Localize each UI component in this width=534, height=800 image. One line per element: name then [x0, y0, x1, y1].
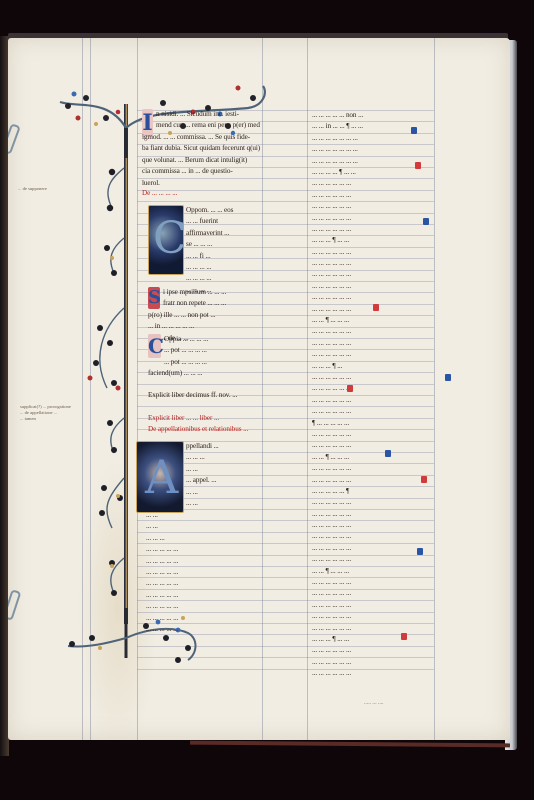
- text-line: ... ... ... ... ... ...: [312, 190, 434, 201]
- text-line: ... ... ... ... ...: [146, 624, 262, 635]
- text-line: faciend(um) ... ... ...: [148, 368, 262, 379]
- text-line: affirmaverint ...: [186, 228, 262, 239]
- text-line: ... ... ... ... ... ...: [312, 349, 434, 360]
- text-line: ... ... ¶ ... ... ...: [312, 566, 434, 577]
- text-line: se ... ... ...: [186, 239, 262, 250]
- text-line: n nisidi. ... Sicudum inc. iesti-: [156, 109, 260, 120]
- rubric-heading-2: Explicit liber ... ... liber ... De appe…: [148, 413, 262, 436]
- margin-note-line: ... tamen: [20, 416, 80, 422]
- text-line: ... ... ... ... ... ...: [312, 247, 434, 258]
- text-line: i ipse mpsillum ... ... ...: [163, 287, 262, 298]
- text-line: ... ...: [146, 521, 262, 532]
- text-line: Explicit liber decimus ff. nov. ...: [148, 390, 262, 401]
- left-column-block-2: Oppom. ... ... eos ... ... fuerint affir…: [186, 205, 262, 296]
- left-column-block-3: i ipse mpsillum ... ... ... fratr non re…: [163, 287, 262, 310]
- text-line: ... ... ... ... ... ...: [312, 281, 434, 292]
- paperclip-icon: [8, 589, 21, 621]
- text-line: ... ... ... ... ...: [146, 556, 262, 567]
- text-line: ... ...: [146, 510, 262, 521]
- text-line: ... ... ...: [146, 533, 262, 544]
- text-line: ... ... ... ... ... ...: [312, 600, 434, 611]
- text-line: ... ... ... ... ... ...: [312, 543, 434, 554]
- text-line: ... ... ... ... ... ... ...: [312, 144, 434, 155]
- text-line: ... ... ... ... ... ...: [312, 383, 434, 394]
- text-line: ... ... ... ... ... ...: [312, 178, 434, 189]
- text-line: ... ...: [186, 498, 262, 509]
- text-line: ... ... ... ... ... ...: [312, 201, 434, 212]
- text-line: ... ... ... ... ... ...: [312, 269, 434, 280]
- paragraph-mark-blue: [417, 548, 423, 555]
- paragraph-mark-blue: [445, 374, 451, 381]
- rubric-line: Explicit liber ... ... liber ...: [148, 413, 262, 424]
- text-line: p(ro) ille ... ... non pot ...: [148, 310, 262, 321]
- text-line: ... ... ... ... ... ...: [312, 338, 434, 349]
- left-column-block-5-cont: ... ... ... ... ... ... ... ... ... ... …: [146, 510, 262, 635]
- text-line: ... ... ... ... ... ...: [312, 531, 434, 542]
- text-line: ... ...: [186, 487, 262, 498]
- explicit-line: Explicit liber decimus ff. nov. ...: [148, 390, 262, 401]
- text-line: ... ... ... ... ... ...: [312, 588, 434, 599]
- margin-note-top: ... de supponere: [18, 186, 47, 192]
- paragraph-mark-red: [347, 385, 353, 392]
- text-line: ... ... ... ... ... ...: [312, 520, 434, 531]
- text-line: ... ... ... ¶ ...: [312, 361, 434, 372]
- illuminated-initial-a: A: [136, 441, 184, 513]
- initial-letter-s: S: [148, 287, 160, 309]
- text-line: ... ... ... ... ... ...: [312, 577, 434, 588]
- text-line: Oppia ... ... ... ...: [164, 334, 262, 345]
- text-line: Oppom. ... ... eos: [186, 205, 262, 216]
- text-line: ... pot ... ... ... ...: [164, 357, 262, 368]
- text-line: ... ... ... ...: [186, 262, 262, 273]
- text-line: ... in ... ... ... ... ...: [148, 321, 262, 332]
- paragraph-mark-blue: [423, 218, 429, 225]
- page-bottom-edge: [190, 741, 510, 748]
- left-column-block-4: Oppia ... ... ... ... ... pot ... ... ..…: [164, 334, 262, 368]
- catchword: ..... ... ....: [364, 700, 384, 706]
- text-line: ... ... ... ... ... ...: [312, 429, 434, 440]
- paragraph-mark-red: [373, 304, 379, 311]
- text-line: ... ... ... ...: [186, 273, 262, 284]
- text-line: ... ... ... ... ... ...: [312, 497, 434, 508]
- text-line: ... ... fuerint: [186, 216, 262, 227]
- paragraph-mark-red: [421, 476, 427, 483]
- text-line: ... ... ... ... ...: [146, 578, 262, 589]
- text-line: ... ... ... ... ... ...: [312, 440, 434, 451]
- rubric-line: De ... ... ... ...: [142, 188, 262, 199]
- text-line: ... ... ... ... ... ...: [312, 668, 434, 679]
- text-line: ... ... ... ... ...: [146, 544, 262, 555]
- text-line: ba fiant dubia. Sicut quidam fecerunt q(…: [142, 143, 262, 154]
- text-line: ... ... ... ... ... ...: [312, 292, 434, 303]
- text-line: ... ... ... ... ... ...: [312, 224, 434, 235]
- illuminated-initial-c: C: [148, 205, 184, 275]
- margin-note-middle: supplicat(?) ... prorogatione ... de app…: [20, 404, 80, 422]
- paperclip-icon: [8, 123, 21, 155]
- initial-glyph: C: [153, 214, 187, 264]
- text-line: ... ... ... ... ... ...: [312, 475, 434, 486]
- text-line: mend cur. ... rema eni pena p(er) medicl: [156, 120, 260, 131]
- initial-letter-c-small: C: [148, 334, 161, 358]
- rubric-line: De appellationibus et relationibus ...: [148, 424, 262, 435]
- vine-border-side-sprays: [82, 158, 132, 638]
- text-line: ... ... ... ... ... ...: [312, 509, 434, 520]
- text-line: ... ... ... ... ... ...: [312, 645, 434, 656]
- text-line: ... ... ...: [186, 452, 262, 463]
- paragraph-mark-blue: [411, 127, 417, 134]
- text-line: ... ... ... ... ...: [146, 601, 262, 612]
- text-line: ... ... ... ... ... ...: [312, 554, 434, 565]
- text-line: ... ... ... ... ...: [146, 590, 262, 601]
- text-line: ... ... ... ... ... ...: [312, 623, 434, 634]
- text-line: ... ... ... ¶ ... ...: [312, 634, 434, 645]
- ruling-line: [434, 38, 435, 740]
- manuscript-folio: ... de supponere supplicat(?) ... prorog…: [8, 38, 510, 740]
- text-line: ... ... ... ... ... ...: [312, 406, 434, 417]
- text-line: ... ... ... ... ... ...: [312, 395, 434, 406]
- text-line: ... ... ... ... ... non ...: [312, 110, 434, 121]
- text-line: ... ... ... ... ...: [146, 567, 262, 578]
- rubric-heading-1: De ... ... ... ...: [142, 188, 262, 199]
- text-line: ... ... ... ... ... ...: [312, 258, 434, 269]
- right-column-text: ... ... ... ... ... non ...... ... in ..…: [312, 110, 434, 680]
- text-line: que volunat. ... Berum dicat intulig(it): [142, 155, 262, 166]
- text-line: ... ... ¶ ... ... ...: [312, 452, 434, 463]
- text-line: ... ... ... ... ... ...: [312, 463, 434, 474]
- left-column-block-1-cont: igmod. ... ... commissa. ... Se quis fid…: [142, 132, 262, 189]
- text-line: ... appel. ...: [186, 475, 262, 486]
- text-line: ... ... ... ... ... ...: [312, 372, 434, 383]
- text-line: ... ...: [186, 464, 262, 475]
- text-line: fratr non repete ... ... ...: [163, 298, 262, 309]
- text-line: ... ... ... ... ... ...: [312, 657, 434, 668]
- text-line: ppellandi ...: [186, 441, 262, 452]
- paragraph-mark-blue: [385, 450, 391, 457]
- text-line: ... ... ... ... ... ...: [312, 213, 434, 224]
- text-line: ... ... ... ... ... ¶: [312, 486, 434, 497]
- text-line: ¶ ... ... ... ... ...: [312, 418, 434, 429]
- left-column-block-1: n nisidi. ... Sicudum inc. iesti- mend c…: [156, 109, 260, 132]
- initial-glyph: A: [145, 450, 178, 504]
- text-line: cia commissa ... in ... de questio-: [142, 166, 262, 177]
- text-line: ... ... ... ... ... ... ...: [312, 133, 434, 144]
- left-column-block-5: ppellandi ... ... ... ... ... ... ... ap…: [186, 441, 262, 509]
- text-line: ... ... ¶ ... ... ...: [312, 315, 434, 326]
- left-column-block-4-cont: faciend(um) ... ... ...: [148, 368, 262, 379]
- text-line: igmod. ... ... commissa. ... Se quis fid…: [142, 132, 262, 143]
- text-line: ... ... ... ¶ ... ...: [312, 235, 434, 246]
- text-line: ... ... ... ... ...: [146, 613, 262, 624]
- paragraph-mark-red: [401, 633, 407, 640]
- text-line: ... ... ... ... ... ...: [312, 611, 434, 622]
- text-line: ... pot ... ... ... ...: [164, 345, 262, 356]
- text-line: ... ... fi ...: [186, 251, 262, 262]
- text-line: ... ... ... ... ... ...: [312, 326, 434, 337]
- paragraph-mark-red: [415, 162, 421, 169]
